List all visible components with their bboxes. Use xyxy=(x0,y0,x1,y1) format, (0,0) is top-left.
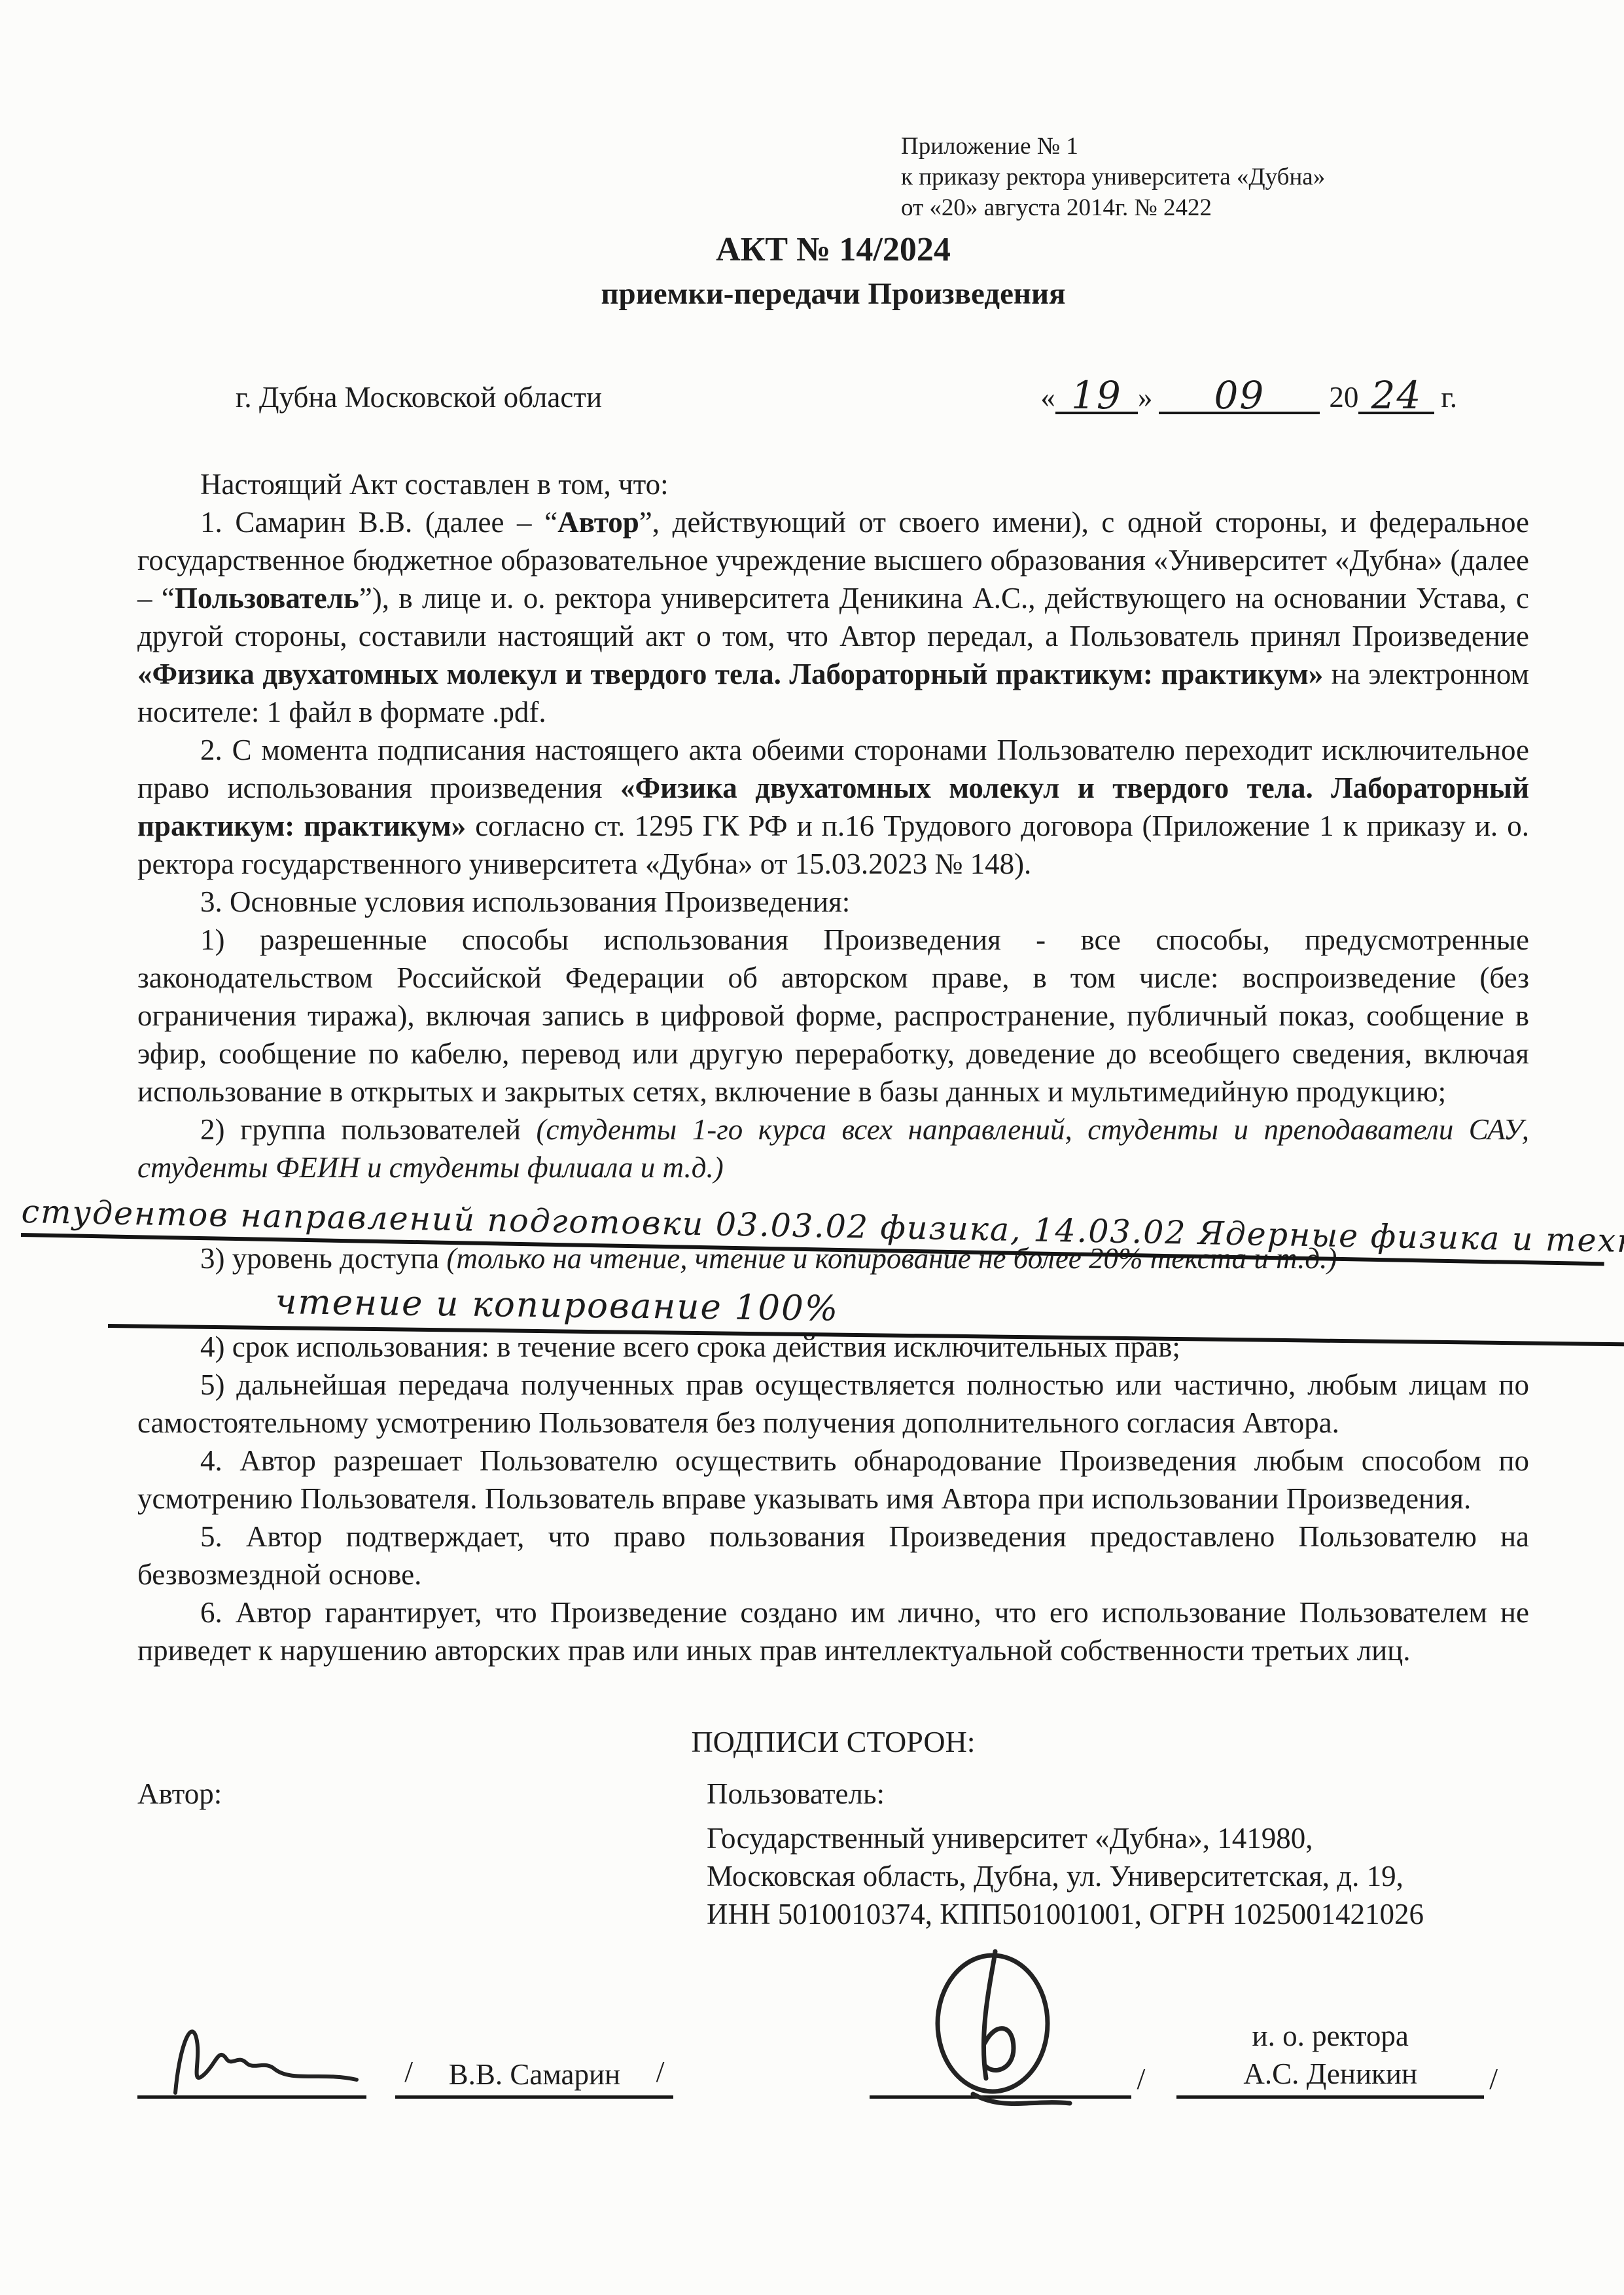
user-signature-line xyxy=(870,2089,1131,2099)
author-signature-icon xyxy=(157,2009,373,2107)
paragraph-2: 2. С момента подписания настоящего акта … xyxy=(137,731,1529,883)
signatures-heading: ПОДПИСИ СТОРОН: xyxy=(137,1724,1529,1759)
document-subtitle: приемки-передачи Произведения xyxy=(137,274,1529,313)
date-day-blank: 19 xyxy=(1055,374,1138,414)
author-signature-line xyxy=(137,2089,366,2099)
date-year-handwritten: 24 xyxy=(1371,373,1422,418)
text-segment: 1) разрешенные способы использования Про… xyxy=(137,923,1529,1108)
condition-item-1: 1) разрешенные способы использования Про… xyxy=(137,921,1529,1111)
text-segment: 2) группа пользователей xyxy=(200,1113,537,1146)
paragraph-3-heading: 3. Основные условия использования Произв… xyxy=(137,883,1529,921)
author-slash-right: / xyxy=(651,2054,670,2091)
text-segment: 5. Автор подтверждает, что право пользов… xyxy=(137,1520,1529,1591)
appendix-note-line3: от «20» августа 2014г. № 2422 xyxy=(901,192,1529,223)
text-segment: «Физика двухатомных молекул и твердого т… xyxy=(137,658,1323,690)
paragraph-6: 6. Автор гарантирует, что Произведение с… xyxy=(137,1593,1529,1669)
user-signer-name: А.С. Деникин xyxy=(1176,2055,1484,2093)
appendix-note: Приложение № 1 к приказу ректора универс… xyxy=(901,131,1529,223)
author-slash-left: / xyxy=(399,2054,418,2091)
user-label: Пользователь: xyxy=(707,1775,1529,1813)
text-segment: Пользователь xyxy=(175,582,359,614)
date-era-label: г. xyxy=(1441,380,1457,414)
user-signature-group: / и. о. ректора А.С. Деникин / xyxy=(673,2017,1529,2099)
appendix-note-line2: к приказу ректора университета «Дубна» xyxy=(901,162,1529,192)
user-ids-line: ИНН 5010010374, КПП501001001, ОГРН 10250… xyxy=(707,1895,1529,1933)
date-month-blank: 09 xyxy=(1159,374,1320,414)
text-segment: 1. Самарин В.В. (далее – “ xyxy=(200,506,557,539)
paragraph-4: 4. Автор разрешает Пользователю осуществ… xyxy=(137,1442,1529,1518)
text-segment: Автор xyxy=(557,506,639,539)
condition-item-5: 5) дальнейшая передача полученных прав о… xyxy=(137,1366,1529,1442)
author-name: В.В. Самарин xyxy=(449,2057,621,2091)
scanned-document-page: Приложение № 1 к приказу ректора универс… xyxy=(0,0,1624,2295)
date-month-handwritten: 09 xyxy=(1214,373,1265,418)
user-party-block: Пользователь: Государственный университе… xyxy=(707,1775,1529,1933)
document-title: АКТ № 14/2024 xyxy=(137,230,1529,270)
date-quote-open: « xyxy=(1040,380,1055,414)
user-slash-right: / xyxy=(1484,2061,1503,2099)
date-fill: « 19 » 09 20 24 г. xyxy=(1040,374,1529,414)
text-segment: 6. Автор гарантирует, что Произведение с… xyxy=(137,1596,1529,1667)
paragraph-1: 1. Самарин В.В. (далее – “Автор”, действ… xyxy=(137,503,1529,731)
place-date-row: г. Дубна Московской области « 19 » 09 20… xyxy=(137,374,1529,414)
date-day-handwritten: 19 xyxy=(1071,373,1122,418)
date-year-blank: 24 xyxy=(1358,374,1434,414)
author-name-line: / В.В. Самарин / xyxy=(395,2054,673,2099)
text-segment: 5) дальнейшая передача полученных прав о… xyxy=(137,1368,1529,1439)
user-details: Государственный университет «Дубна», 141… xyxy=(707,1819,1529,1933)
parties-row: Автор: Пользователь: Государственный уни… xyxy=(137,1775,1529,1933)
text-segment: 3. Основные условия использования Произв… xyxy=(200,885,850,918)
date-quote-close: » xyxy=(1138,380,1153,414)
user-signer-title: и. о. ректора xyxy=(1176,2017,1484,2055)
user-name-block: и. о. ректора А.С. Деникин xyxy=(1176,2017,1484,2099)
appendix-note-line1: Приложение № 1 xyxy=(901,131,1529,162)
user-org-line: Государственный университет «Дубна», 141… xyxy=(707,1819,1529,1857)
user-signature-icon xyxy=(915,1945,1086,2122)
paragraph-5: 5. Автор подтверждает, что право пользов… xyxy=(137,1518,1529,1593)
text-segment: 4. Автор разрешает Пользователю осуществ… xyxy=(137,1444,1529,1515)
intro-paragraph: Настоящий Акт составлен в том, что: xyxy=(137,465,1529,503)
date-century: 20 xyxy=(1329,380,1358,414)
user-slash-left: / xyxy=(1131,2061,1150,2099)
place-label: г. Дубна Московской области xyxy=(137,380,602,414)
signature-row: / В.В. Самарин / / и. о. ректора А.С. Де… xyxy=(137,2017,1529,2099)
text-segment: 3) уровень доступа xyxy=(200,1242,446,1275)
user-address-line: Московская область, Дубна, ул. Университ… xyxy=(707,1857,1529,1895)
handwritten-access-row: чтение и копирование 100% ; xyxy=(137,1280,1529,1328)
condition-item-2: 2) группа пользователей (студенты 1-го к… xyxy=(137,1111,1529,1186)
author-label: Автор: xyxy=(137,1775,707,1933)
